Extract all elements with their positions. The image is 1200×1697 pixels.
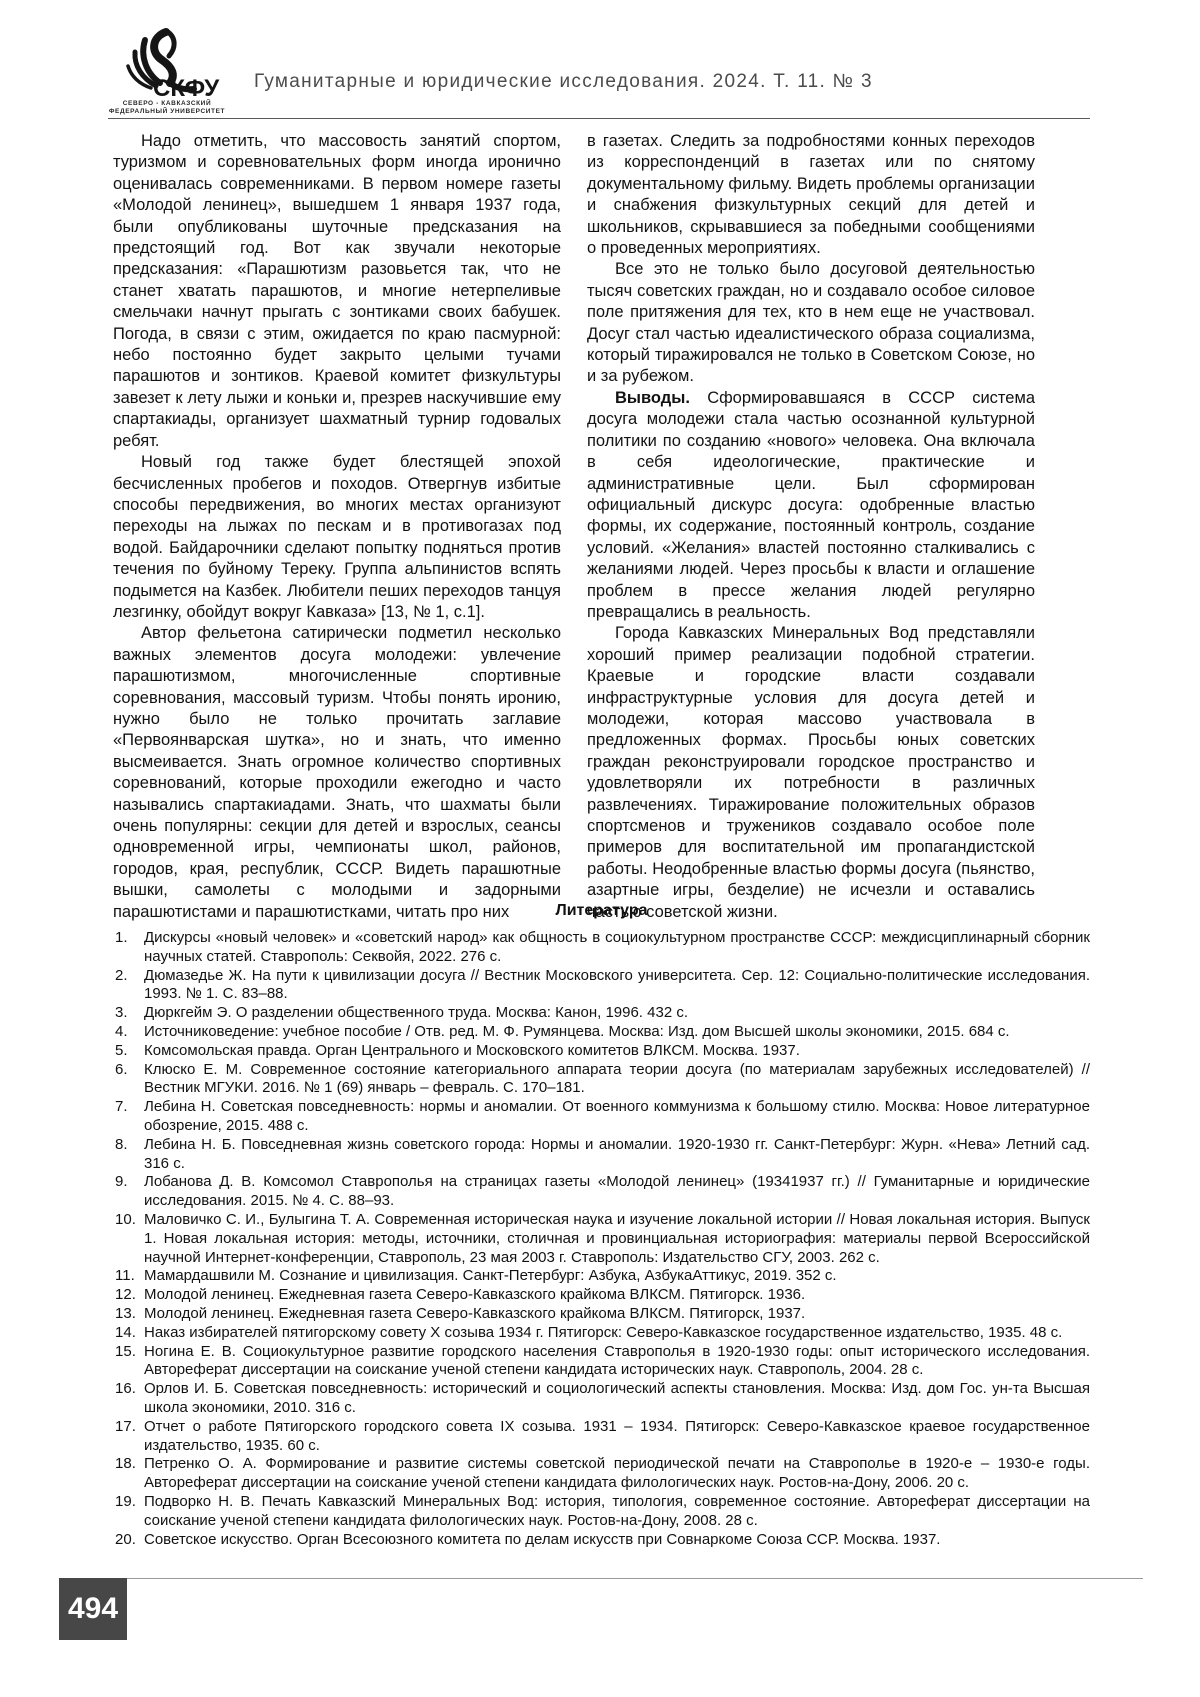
paragraph: Автор фельетона сатирически подметил нес… [113,623,561,923]
reference-item: Ногина Е. В. Социокультурное развитие го… [113,1343,1090,1381]
reference-item: Лебина Н. Советская повседневность: норм… [113,1098,1090,1136]
reference-item: Клюско Е. М. Современное состояние катег… [113,1061,1090,1099]
reference-item: Маловичко С. И., Булыгина Т. А. Современ… [113,1211,1090,1267]
paragraph: Выводы. Сформировавшаяся в СССР система … [587,388,1035,623]
reference-item: Петренко О. А. Формирование и развитие с… [113,1455,1090,1493]
page-number-badge: 494 [59,1578,127,1640]
reference-item: Орлов И. Б. Советская повседневность: ис… [113,1380,1090,1418]
header-divider [108,118,1090,119]
reference-list: Дискурсы «новый человек» и «советский на… [113,929,1090,1549]
reference-item: Дюркгейм Э. О разделении общественного т… [113,1004,1090,1023]
paragraph: Новый год также будет блестящей эпохой б… [113,452,561,623]
reference-item: Лебина Н. Б. Повседневная жизнь советско… [113,1136,1090,1174]
logo-caption-line2: ФЕДЕРАЛЬНЫЙ УНИВЕРСИТЕТ [106,108,228,116]
paragraph: в газетах. Следить за подробностями конн… [587,131,1035,259]
paragraph: Города Кавказских Минеральных Вод предст… [587,623,1035,923]
reference-item: Подворко Н. В. Печать Кавказский Минерал… [113,1493,1090,1531]
reference-item: Молодой ленинец. Ежедневная газета Север… [113,1305,1090,1324]
paragraph-lead: Выводы. [615,389,707,407]
logo-caption-line1: СЕВЕРО - КАВКАЗСКИЙ [106,100,228,108]
logo-abbr: СКФУ [153,75,220,100]
reference-item: Наказ избирателей пятигорскому совету X … [113,1324,1090,1343]
paragraph: Все это не только было досуговой деятель… [587,259,1035,387]
reference-item: Дискурсы «новый человек» и «советский на… [113,929,1090,967]
skfu-logo: СКФУ СЕВЕРО - КАВКАЗСКИЙ ФЕДЕРАЛЬНЫЙ УНИ… [106,26,228,116]
left-column: Надо отметить, что массовость занятий сп… [113,131,561,923]
right-column: в газетах. Следить за подробностями конн… [587,131,1035,923]
footer-divider [59,1578,1143,1579]
reference-item: Мамардашвили М. Сознание и цивилизация. … [113,1267,1090,1286]
reference-item: Дюмазедье Ж. На пути к цивилизации досуг… [113,967,1090,1005]
reference-item: Лобанова Д. В. Комсомол Ставрополья на с… [113,1173,1090,1211]
swan-icon: СКФУ [106,26,228,100]
references-section: Литература Дискурсы «новый человек» и «с… [113,902,1090,1549]
article-body: Надо отметить, что массовость занятий сп… [113,131,1035,923]
reference-item: Советское искусство. Орган Всесоюзного к… [113,1531,1090,1550]
reference-item: Комсомольская правда. Орган Центрального… [113,1042,1090,1061]
reference-item: Источниковедение: учебное пособие / Отв.… [113,1023,1090,1042]
journal-title: Гуманитарные и юридические исследования.… [254,71,873,93]
reference-item: Отчет о работе Пятигорского городского с… [113,1418,1090,1456]
page-header: СКФУ СЕВЕРО - КАВКАЗСКИЙ ФЕДЕРАЛЬНЫЙ УНИ… [106,26,1092,116]
paragraph: Надо отметить, что массовость занятий сп… [113,131,561,452]
reference-item: Молодой ленинец. Ежедневная газета Север… [113,1286,1090,1305]
page-number: 494 [68,1592,118,1626]
references-heading: Литература [113,902,1090,920]
journal-page: СКФУ СЕВЕРО - КАВКАЗСКИЙ ФЕДЕРАЛЬНЫЙ УНИ… [0,0,1200,1697]
